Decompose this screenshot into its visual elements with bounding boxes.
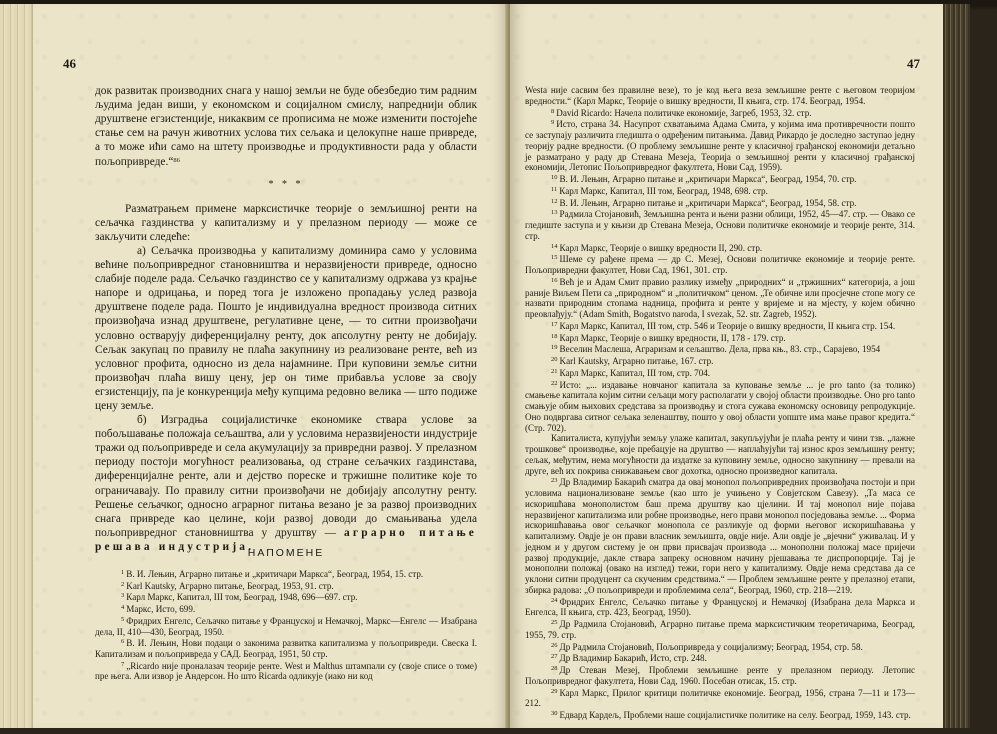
footnote: 18Карл Маркс, Теорије о вишку вредности,… — [525, 332, 915, 344]
footnote: 29Карл Маркс, Прилог критици политичке е… — [525, 687, 915, 710]
footnotes-right: Westa није сасвим без правилне везе), то… — [525, 85, 915, 721]
right-page: 47 Westa није сасвим без правилне везе),… — [510, 4, 970, 728]
page-number-left: 46 — [63, 56, 76, 72]
footnote: 13Радмила Стојановић, Земљишна рента и њ… — [525, 208, 915, 241]
page-edges-right — [943, 4, 970, 728]
footnote: 26Др Радмила Стојановић, Пољопривреда у … — [525, 641, 915, 653]
footnote: 7„Ricardo није проналазач теорије ренте.… — [95, 660, 477, 682]
paragraph-quote-end: док развитак производних снага у нашој з… — [95, 84, 477, 170]
footnote-ref: 86 — [173, 157, 180, 164]
footnote: 4Маркс, Исто, 699. — [95, 603, 477, 615]
paragraph-point-a: а) Сељачка производња у капитализму доми… — [95, 244, 477, 413]
book-spread: 46 док развитак производних снага у нашо… — [0, 0, 997, 734]
footnote: 11Карл Маркс, Капитал, III том, Београд,… — [525, 185, 915, 197]
footnote: 24Фридрих Енгелс, Сељачко питање у Франц… — [525, 596, 915, 619]
footnote: 6В. И. Лењин, Нови подаци о законима раз… — [95, 637, 477, 659]
page-edges-left — [0, 4, 33, 728]
footnote-continuation: Westa није сасвим без правилне везе), то… — [525, 85, 915, 107]
footnote: 10В. И. Лењин, Аграрно питање и „критича… — [525, 173, 915, 185]
footnote: 20Karl Kautsky, Аграрно питање, 167. стр… — [525, 355, 915, 367]
footnote: 22Исто: „... издавање новчаног капитала … — [525, 379, 915, 434]
footnote: 1В. И. Лењин, Аграрно питање и „критичар… — [95, 568, 477, 580]
footnote: 23Др Владимир Бакарић сматра да овај мон… — [525, 476, 915, 595]
notes-heading: НАПОМЕНЕ — [95, 547, 477, 559]
footnotes-left: 1В. И. Лењин, Аграрно питање и „критичар… — [95, 568, 477, 682]
footnote: 9Исто, страна 34. Насупрот схватањима Ад… — [525, 118, 915, 173]
page-number-right: 47 — [907, 56, 920, 72]
footnote: 12В. И. Лењин, Аграрно питање и „критича… — [525, 197, 915, 209]
footnote: 30Едвард Кардељ, Проблеми наше социјалис… — [525, 709, 915, 721]
body-text: док развитак производних снага у нашој з… — [95, 84, 477, 554]
footnote: 21Карл Маркс, Капитал, III том, стр. 704… — [525, 367, 915, 379]
footnote: 25Др Радмила Стојановић, Аграрно питање … — [525, 618, 915, 641]
footnote-paragraph: Капиталиста, купујући земљу улаже капита… — [525, 433, 915, 476]
footnote: 17Карл Маркс, Капитал, III том, стр. 546… — [525, 320, 915, 332]
footnote: 2Karl Kautsky, Аграрно питање, Београд, … — [95, 580, 477, 592]
footnote: 28Др Стеван Мезеј, Проблеми земљишне рен… — [525, 664, 915, 687]
footnote: 14Карл Маркс, Теорије о вишку вредности … — [525, 242, 915, 254]
paragraph-point-b: б) Изградња социјалистичке економике ств… — [95, 413, 477, 554]
paragraph-conclusion-intro: Разматрањем примене марксистичке теорије… — [95, 202, 477, 244]
footnote: 15Шеме су рађене према — др С. Мезеј, Ос… — [525, 253, 915, 276]
footnote: 19Веселин Маслеша, Аграризам и сељаштво.… — [525, 343, 915, 355]
footnote: 3Карл Маркс, Капитал, III том, Београд, … — [95, 591, 477, 603]
section-separator: * * * — [95, 178, 477, 192]
footnote: 27Др Владимир Бакарић, Исто, стр. 248. — [525, 652, 915, 664]
footnote: 5Фридрих Енгелс, Сељачко питање у Францу… — [95, 615, 477, 637]
footnote: 16Већ је и Адам Смит правио разлику изме… — [525, 276, 915, 320]
footnote: 8David Ricardo: Начела политичке економи… — [525, 107, 915, 119]
left-page: 46 док развитак производних снага у нашо… — [0, 4, 509, 728]
